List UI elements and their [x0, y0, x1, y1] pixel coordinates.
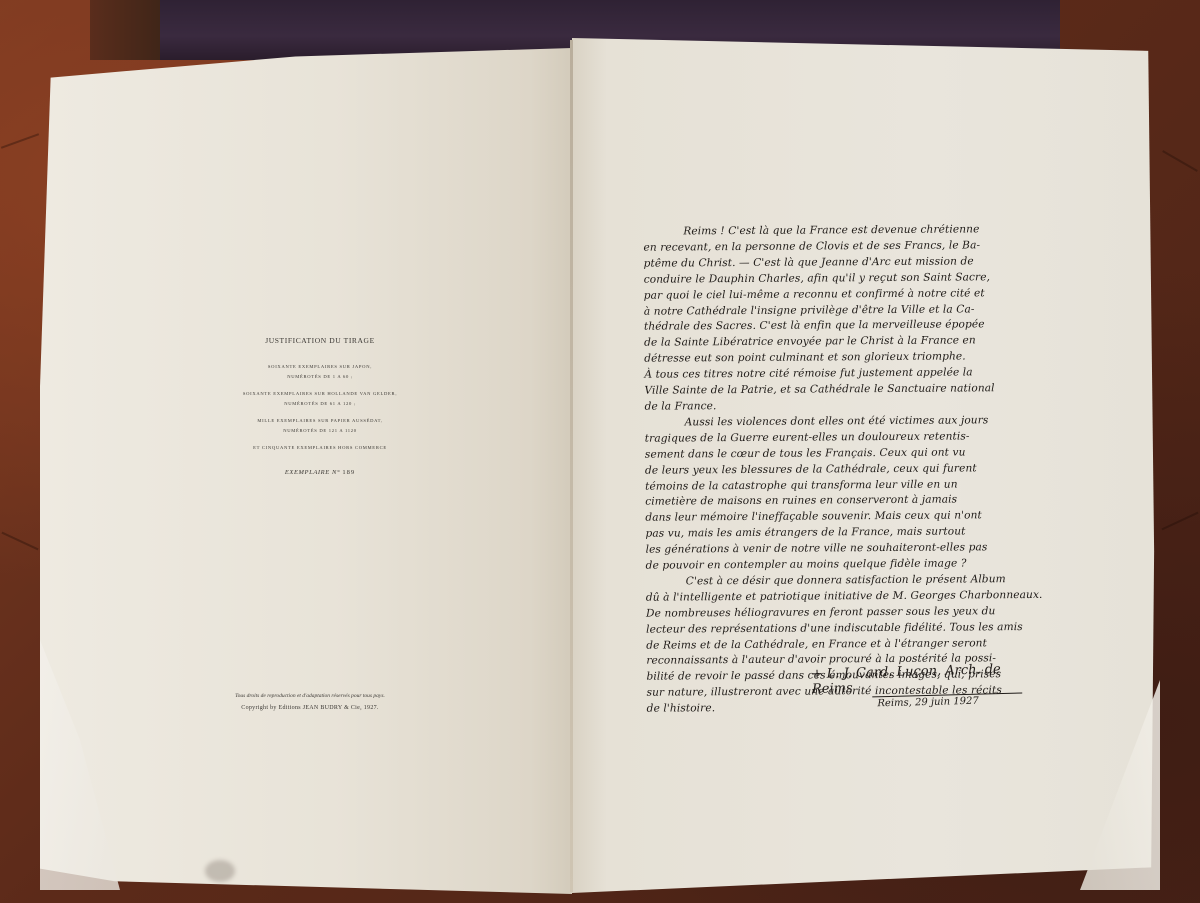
exemplaire-value: 189	[342, 469, 355, 476]
edition-line: SOIXANTE EXEMPLAIRES SUR JAPON,	[215, 362, 425, 372]
copyright-notice: Tous droits de reproduction et d'adaptat…	[190, 690, 430, 714]
edition-group-hors-commerce: ET CINQUANTE EXEMPLAIRES HORS COMMERCE	[215, 443, 425, 453]
book-spine	[570, 40, 573, 892]
edition-numbering: NUMÉROTÉS DE 61 A 120 ;	[215, 399, 425, 409]
tile-grout	[1161, 512, 1198, 531]
tile-grout	[1162, 150, 1198, 172]
copyright-line: Copyright by Editions JEAN BUDRY & Cie, …	[190, 702, 430, 714]
edition-group-hollande: SOIXANTE EXEMPLAIRES SUR HOLLANDE VAN GE…	[215, 389, 425, 409]
signature-block: + L. J. Card. Luçon, Arch. de Reims Reim…	[811, 661, 1042, 711]
edition-group-aussedat: MILLE EXEMPLAIRES SUR PAPIER AUSSÉDAT, N…	[215, 416, 425, 436]
signature: + L. J. Card. Luçon, Arch. de Reims	[811, 661, 1042, 697]
rights-reserved-line: Tous droits de reproduction et d'adaptat…	[190, 690, 430, 702]
tile-grout	[1, 133, 39, 149]
tile-grout	[1, 532, 38, 551]
edition-line: SOIXANTE EXEMPLAIRES SUR HOLLANDE VAN GE…	[215, 389, 425, 399]
edition-numbering: NUMÉROTÉS DE 1 A 60 ;	[215, 372, 425, 382]
edition-line: MILLE EXEMPLAIRES SUR PAPIER AUSSÉDAT,	[215, 416, 425, 426]
exemplaire-number: EXEMPLAIRE N° 189	[215, 469, 425, 476]
paper-stain	[205, 860, 235, 882]
floor-edge	[90, 0, 165, 60]
edition-group-japon: SOIXANTE EXEMPLAIRES SUR JAPON, NUMÉROTÉ…	[215, 362, 425, 382]
edition-line: ET CINQUANTE EXEMPLAIRES HORS COMMERCE	[215, 443, 425, 453]
justification-title: JUSTIFICATION DU TIRAGE	[215, 336, 425, 345]
exemplaire-label: EXEMPLAIRE N°	[285, 469, 340, 476]
handwritten-letter: Reims ! C'est là que la France est deven…	[643, 221, 1126, 717]
edition-numbering: NUMÉROTÉS DE 121 A 1120	[215, 426, 425, 436]
justification-du-tirage: JUSTIFICATION DU TIRAGE SOIXANTE EXEMPLA…	[215, 336, 425, 476]
